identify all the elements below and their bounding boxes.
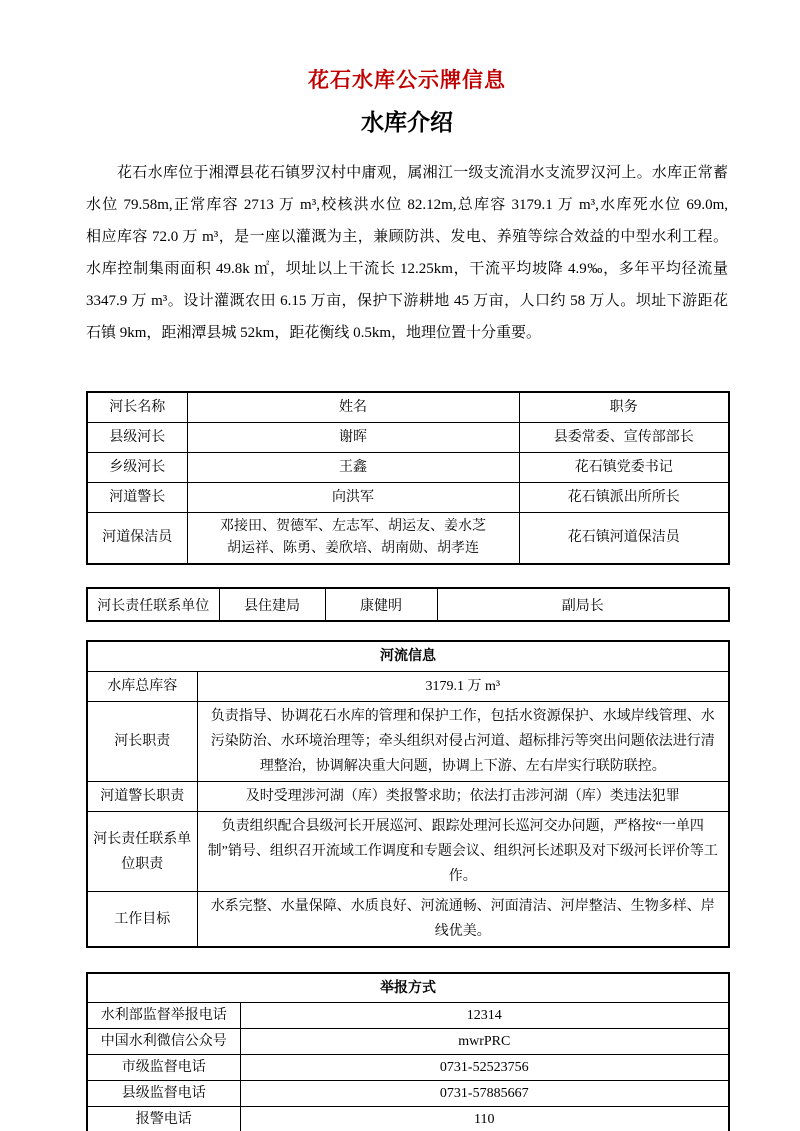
report-label-cell: 中国水利微信公众号	[87, 1029, 240, 1055]
chief-duty-cell: 花石镇河道保洁员	[519, 513, 729, 565]
liaison-person-cell: 康健明	[325, 588, 437, 621]
page-subtitle: 水库介绍	[86, 104, 728, 137]
river-info-title-cell: 河流信息	[87, 641, 729, 672]
info-label-cell: 工作目标	[87, 892, 197, 948]
info-label-cell: 河道警长职责	[87, 782, 197, 812]
river-chief-table: 河长名称 姓名 职务 县级河长 谢晖 县委常委、宣传部部长 乡级河长 王鑫 花石…	[86, 391, 730, 565]
report-value-cell: 0731-57885667	[240, 1081, 729, 1107]
table-row: 县级河长 谢晖 县委常委、宣传部部长	[87, 423, 729, 453]
liaison-label-cell: 河长责任联系单位	[87, 588, 219, 621]
table-row: 水利部监督举报电话 12314	[87, 1003, 729, 1029]
report-label-cell: 县级监督电话	[87, 1081, 240, 1107]
intro-line: 花石水库位于湘潭县花石镇罗汉村中庸观，属湘江一级支流涓水支流罗汉河上。水库正常蓄	[86, 157, 728, 189]
page-title: 花石水库公示牌信息	[86, 64, 728, 94]
cleaner-names-line: 邓接田、贺德军、左志军、胡运友、姜水芝	[193, 516, 514, 538]
document-page: 花石水库公示牌信息 水库介绍 花石水库位于湘潭县花石镇罗汉村中庸观，属湘江一级支…	[0, 0, 800, 1131]
table-header-row: 河长名称 姓名 职务	[87, 392, 729, 423]
table-row: 乡级河长 王鑫 花石镇党委书记	[87, 453, 729, 483]
chief-name-cell: 谢晖	[187, 423, 519, 453]
liaison-position-cell: 副局长	[437, 588, 729, 621]
table-row: 河道警长 向洪军 花石镇派出所所长	[87, 483, 729, 513]
info-content-cell: 及时受理涉河湖（库）类报警求助；依法打击涉河湖（库）类违法犯罪	[197, 782, 729, 812]
table-row: 水库总库容 3179.1 万 m³	[87, 672, 729, 702]
intro-line: 水库控制集雨面积 49.8k ㎡，坝址以上干流长 12.25km，干流平均坡降 …	[86, 253, 728, 285]
info-content-cell: 负责指导、协调花石水库的管理和保护工作，包括水资源保护、水域岸线管理、水污染防治…	[197, 702, 729, 782]
chief-duty-cell: 县委常委、宣传部部长	[519, 423, 729, 453]
chief-level-cell: 县级河长	[87, 423, 187, 453]
table-row: 河道警长职责 及时受理涉河湖（库）类报警求助；依法打击涉河湖（库）类违法犯罪	[87, 782, 729, 812]
report-value-cell: 12314	[240, 1003, 729, 1029]
chief-level-cell: 河道保洁员	[87, 513, 187, 565]
cleaner-names-cell: 邓接田、贺德军、左志军、胡运友、姜水芝 胡运祥、陈勇、姜欣培、胡南勋、胡孝连	[187, 513, 519, 565]
table-row: 中国水利微信公众号 mwrPRC	[87, 1029, 729, 1055]
info-label-cell: 水库总库容	[87, 672, 197, 702]
river-info-table: 河流信息 水库总库容 3179.1 万 m³ 河长职责 负责指导、协调花石水库的…	[86, 640, 730, 948]
table-row: 河长责任联系单位职责 负责组织配合县级河长开展巡河、跟踪处理河长巡河交办问题，严…	[87, 812, 729, 892]
chief-duty-cell: 花石镇党委书记	[519, 453, 729, 483]
intro-line: 水位 79.58m,正常库容 2713 万 m³,校核洪水位 82.12m,总库…	[86, 189, 728, 221]
table-row: 县级监督电话 0731-57885667	[87, 1081, 729, 1107]
table-row: 河道保洁员 邓接田、贺德军、左志军、胡运友、姜水芝 胡运祥、陈勇、姜欣培、胡南勋…	[87, 513, 729, 565]
cleaner-names-line: 胡运祥、陈勇、姜欣培、胡南勋、胡孝连	[193, 538, 514, 560]
liaison-unit-cell: 县住建局	[219, 588, 325, 621]
report-title-cell: 举报方式	[87, 973, 729, 1003]
intro-line: 3347.9 万 m³。设计灌溉农田 6.15 万亩，保护下游耕地 45 万亩，…	[86, 285, 728, 317]
table-row: 工作目标 水系完整、水量保障、水质良好、河流通畅、河面清洁、河岸整洁、生物多样、…	[87, 892, 729, 948]
info-content-cell: 水系完整、水量保障、水质良好、河流通畅、河面清洁、河岸整洁、生物多样、岸线优美。	[197, 892, 729, 948]
chief-name-cell: 向洪军	[187, 483, 519, 513]
intro-paragraph: 花石水库位于湘潭县花石镇罗汉村中庸观，属湘江一级支流涓水支流罗汉河上。水库正常蓄…	[86, 157, 728, 349]
intro-line: 石镇 9km，距湘潭县城 52km，距花衡线 0.5km，地理位置十分重要。	[86, 317, 728, 349]
header-cell: 姓名	[187, 392, 519, 423]
chief-level-cell: 河道警长	[87, 483, 187, 513]
table-row: 河长职责 负责指导、协调花石水库的管理和保护工作，包括水资源保护、水域岸线管理、…	[87, 702, 729, 782]
report-label-cell: 报警电话	[87, 1107, 240, 1131]
table-header-row: 举报方式	[87, 973, 729, 1003]
report-table: 举报方式 水利部监督举报电话 12314 中国水利微信公众号 mwrPRC 市级…	[86, 972, 730, 1131]
info-content-cell: 负责组织配合县级河长开展巡河、跟踪处理河长巡河交办问题，严格按“一单四制”销号、…	[197, 812, 729, 892]
table-row: 河长责任联系单位 县住建局 康健明 副局长	[87, 588, 729, 621]
report-value-cell: mwrPRC	[240, 1029, 729, 1055]
info-label-cell: 河长职责	[87, 702, 197, 782]
header-cell: 河长名称	[87, 392, 187, 423]
header-cell: 职务	[519, 392, 729, 423]
chief-name-cell: 王鑫	[187, 453, 519, 483]
report-label-cell: 水利部监督举报电话	[87, 1003, 240, 1029]
chief-level-cell: 乡级河长	[87, 453, 187, 483]
report-value-cell: 110	[240, 1107, 729, 1131]
table-row: 市级监督电话 0731-52523756	[87, 1055, 729, 1081]
chief-duty-cell: 花石镇派出所所长	[519, 483, 729, 513]
info-content-cell: 3179.1 万 m³	[197, 672, 729, 702]
table-row: 报警电话 110	[87, 1107, 729, 1131]
info-label-cell: 河长责任联系单位职责	[87, 812, 197, 892]
intro-line: 相应库容 72.0 万 m³，是一座以灌溉为主，兼顾防洪、发电、养殖等综合效益的…	[86, 221, 728, 253]
table-header-row: 河流信息	[87, 641, 729, 672]
report-value-cell: 0731-52523756	[240, 1055, 729, 1081]
liaison-table: 河长责任联系单位 县住建局 康健明 副局长	[86, 587, 730, 622]
report-label-cell: 市级监督电话	[87, 1055, 240, 1081]
